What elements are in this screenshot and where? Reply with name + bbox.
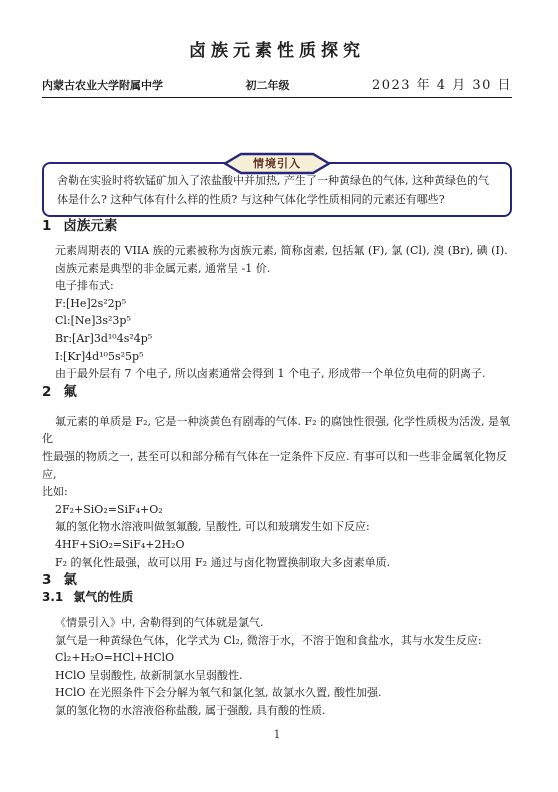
section-1-heading: 1卤族元素 bbox=[42, 217, 512, 235]
body-text-line: HClO 呈弱酸性, 故新制氯水呈弱酸性. bbox=[42, 667, 512, 685]
subsection-3-1-heading: 3.1氯气的性质 bbox=[42, 589, 512, 606]
electron-config-line: Br:[Ar]3d¹⁰4s²4p⁵ bbox=[42, 330, 512, 348]
intro-box: 情境引入 舍勒在实验时将软锰矿加入了浓盐酸中并加热, 产生了一种黄绿色的气体, … bbox=[42, 162, 512, 217]
body-text-line: 电子排布式: bbox=[42, 277, 512, 295]
body-text-line: 元素周期表的 VIIA 族的元素被称为卤族元素, 简称卤素, 包括氟 (F), … bbox=[42, 242, 512, 260]
section-2-body: 氟元素的单质是 F₂, 它是一种淡黄色有剧毒的气体. F₂ 的腐蚀性很强, 化学… bbox=[42, 413, 512, 571]
electron-config-line: Cl:[Ne]3s²3p⁵ bbox=[42, 312, 512, 330]
subsection-3-1-title: 氯气的性质 bbox=[73, 590, 133, 604]
section-3-title: 氯 bbox=[63, 572, 77, 588]
section-1-title: 卤族元素 bbox=[63, 218, 117, 234]
school-name: 内蒙古农业大学附属中学 bbox=[42, 79, 163, 93]
body-text-line: F₂ 的氧化性最强，故可以用 F₂ 通过与卤化物置换制取大多卤素单质. bbox=[42, 554, 512, 572]
section-3-heading: 3氯 bbox=[42, 571, 512, 589]
intro-box-text: 舍勒在实验时将软锰矿加入了浓盐酸中并加热, 产生了一种黄绿色的气体, 这种黄绿色… bbox=[57, 171, 497, 209]
body-text-line: 《情景引入》中, 舍勒得到的气体就是氯气. bbox=[42, 614, 512, 632]
section-1-number: 1 bbox=[42, 218, 51, 234]
body-text-line: 性最强的物质之一, 甚至可以和部分稀有气体在一定条件下反应. 有事可以和一些非金… bbox=[42, 448, 512, 483]
body-text-line: 氯的氢化物的水溶液俗称盐酸, 属于强酸, 具有酸的性质. bbox=[42, 702, 512, 720]
page-number: 1 bbox=[42, 728, 512, 741]
intro-box-banner: 情境引入 bbox=[222, 152, 332, 175]
section-2-title: 氟 bbox=[63, 384, 77, 400]
page-title: 卤族元素性质探究 bbox=[42, 40, 512, 62]
grade-label: 初二年级 bbox=[245, 79, 289, 93]
section-2-heading: 2氟 bbox=[42, 383, 512, 401]
header-rule bbox=[42, 97, 512, 98]
chemical-equation: Cl₂+H₂O=HCl+HClO bbox=[42, 649, 512, 667]
date-label: 2023 年 4 月 30 日 bbox=[372, 79, 512, 93]
body-text-line: HClO 在光照条件下会分解为氧气和氯化氢, 故氯水久置, 酸性加强. bbox=[42, 684, 512, 702]
body-text-line: 氟元素的单质是 F₂, 它是一种淡黄色有剧毒的气体. F₂ 的腐蚀性很强, 化学… bbox=[42, 413, 512, 448]
header-meta-row: 内蒙古农业大学附属中学 初二年级 2023 年 4 月 30 日 bbox=[42, 79, 512, 93]
body-text-line: 氟的氢化物水溶液叫做氢氟酸, 呈酸性, 可以和玻璃发生如下反应: bbox=[42, 518, 512, 536]
section-3-body: 《情景引入》中, 舍勒得到的气体就是氯气. 氯气是一种黄绿色气体，化学式为 Cl… bbox=[42, 614, 512, 720]
electron-config-line: F:[He]2s²2p⁵ bbox=[42, 295, 512, 313]
chemical-equation: 2F₂+SiO₂=SiF₄+O₂ bbox=[42, 501, 512, 519]
body-text-line: 由于最外层有 7 个电子, 所以卤素通常会得到 1 个电子, 形成带一个单位负电… bbox=[42, 365, 512, 383]
section-3-number: 3 bbox=[42, 572, 51, 588]
body-text-line: 卤族元素是典型的非金属元素, 通常呈 -1 价. bbox=[42, 260, 512, 278]
chemical-equation: 4HF+SiO₂=SiF₄+2H₂O bbox=[42, 536, 512, 554]
body-text-line: 氯气是一种黄绿色气体，化学式为 Cl₂, 微溶于水，不溶于饱和食盐水，其与水发生… bbox=[42, 632, 512, 650]
document-page: 卤族元素性质探究 内蒙古农业大学附属中学 初二年级 2023 年 4 月 30 … bbox=[0, 0, 558, 792]
intro-box-label: 情境引入 bbox=[222, 152, 332, 174]
electron-config-line: I:[Kr]4d¹⁰5s²5p⁵ bbox=[42, 348, 512, 366]
section-1-body: 元素周期表的 VIIA 族的元素被称为卤族元素, 简称卤素, 包括氟 (F), … bbox=[42, 242, 512, 383]
subsection-3-1-number: 3.1 bbox=[42, 590, 63, 604]
body-text-line: 比如: bbox=[42, 483, 512, 501]
section-2-number: 2 bbox=[42, 384, 51, 400]
